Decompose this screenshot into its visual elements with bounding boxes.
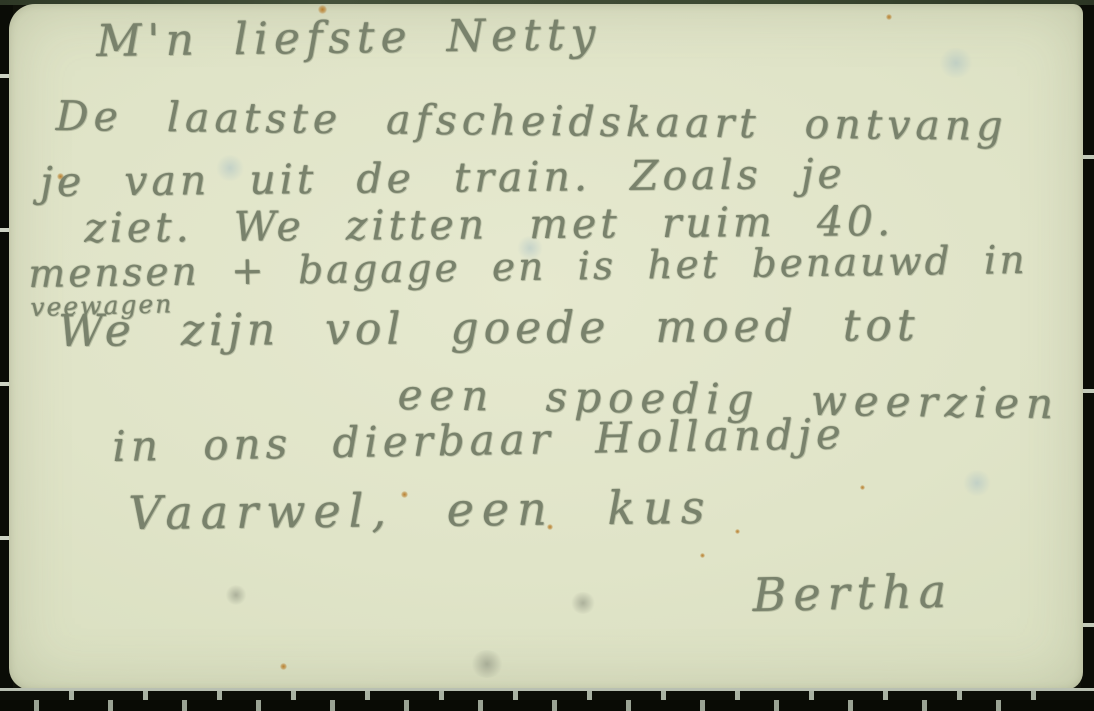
postcard-paper <box>9 4 1083 690</box>
ruler-blocks-row <box>0 700 1094 711</box>
ruler-blocks-row <box>0 691 1094 700</box>
scanned-postcard-image: M'n liefste Netty De laatste afscheidska… <box>0 0 1094 711</box>
scale-ruler-bottom <box>0 688 1094 711</box>
